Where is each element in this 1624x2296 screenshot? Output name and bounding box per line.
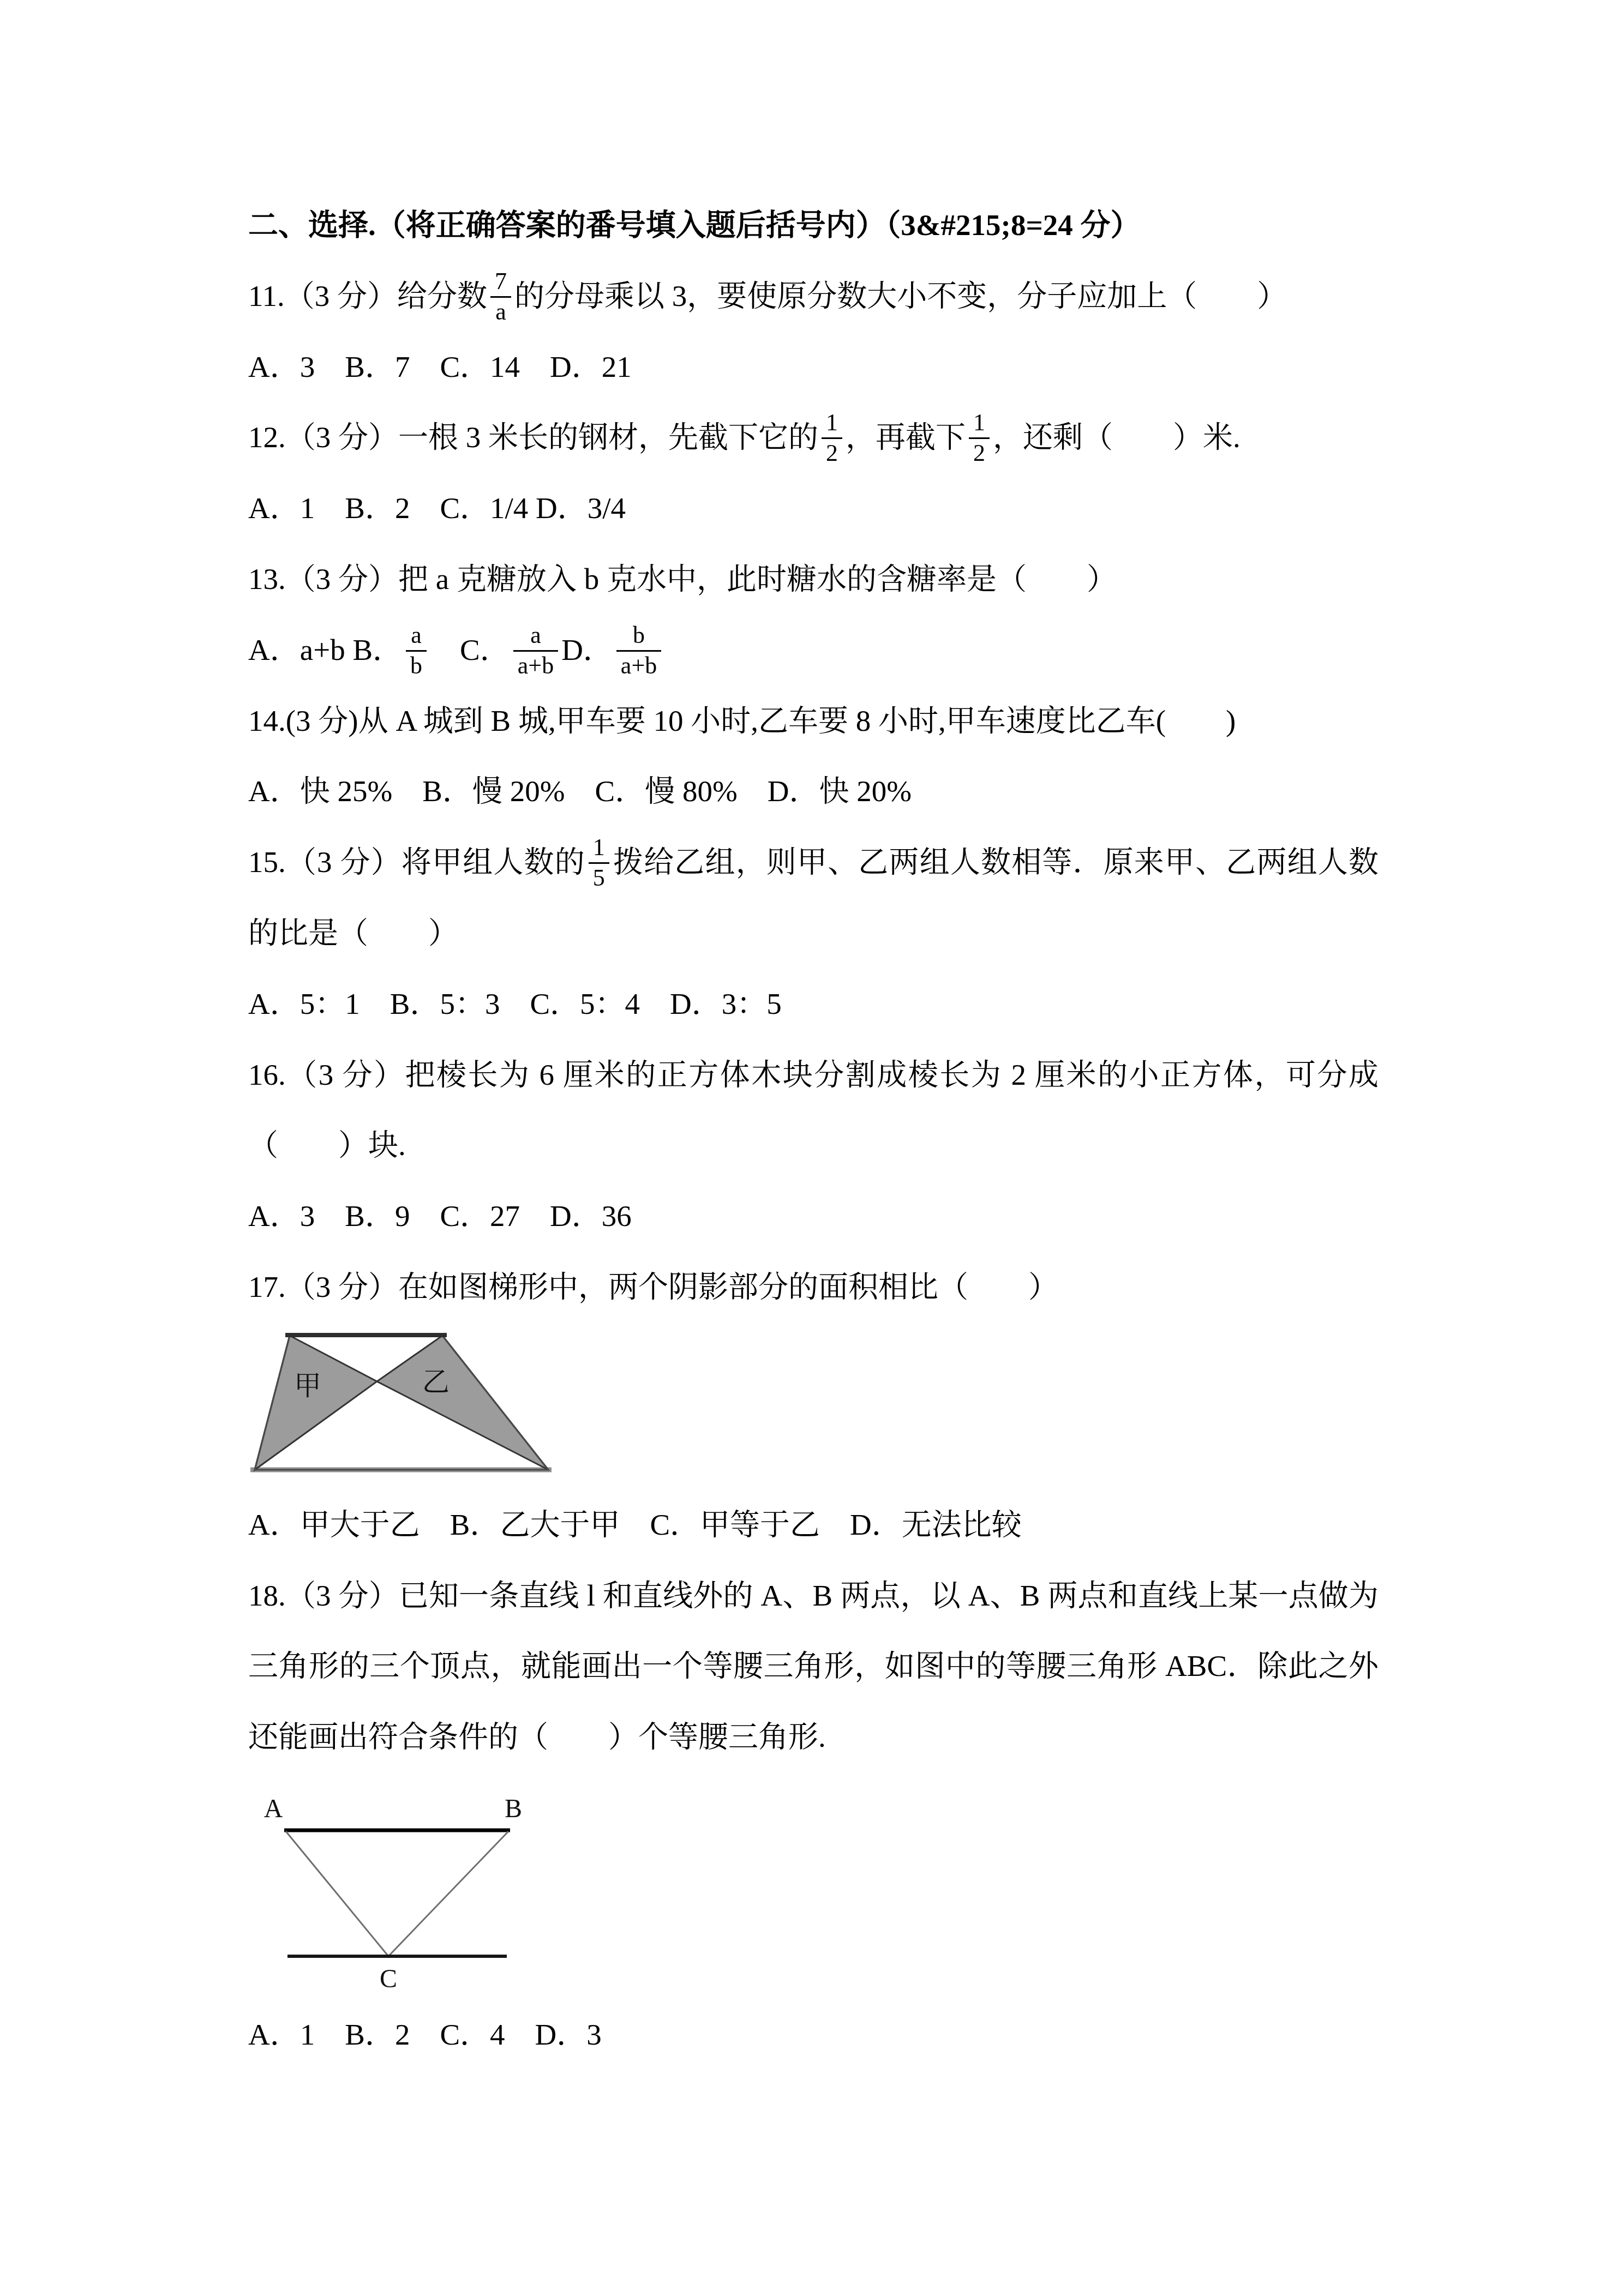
question-13-text: 13.（3 分）把 a 克糖放入 b 克水中，此时糖水的含糖率是（ ）: [248, 544, 1379, 615]
fraction-numerator: a: [406, 621, 427, 650]
fraction: ab: [406, 621, 427, 681]
fraction: 12: [969, 408, 990, 468]
question-17: 17.（3 分）在如图梯形中，两个阴影部分的面积相比（ ） 甲 乙 A．甲大于乙…: [248, 1252, 1379, 1560]
question-18-text: 18.（3 分）已知一条直线 l 和直线外的 A、B 两点，以 A、B 两点和直…: [248, 1560, 1379, 1772]
question-14-text: 14.(3 分)从 A 城到 B 城,甲车要 10 小时,乙车要 8 小时,甲车…: [248, 686, 1379, 756]
exam-page: 二、选择.（将正确答案的番号填入题后括号内）（3&#215;8=24 分） 11…: [0, 0, 1624, 2296]
question-14-options: A．快 25% B．慢 20% C．慢 80% D．快 20%: [248, 756, 1379, 827]
triangle-label-a: A: [264, 1794, 283, 1823]
fraction: 15: [589, 833, 609, 893]
trapezoid-figure: 甲 乙: [250, 1332, 556, 1475]
question-17-options: A．甲大于乙 B．乙大于甲 C．甲等于乙 D．无法比较: [248, 1489, 1379, 1560]
question-17-text: 17.（3 分）在如图梯形中，两个阴影部分的面积相比（ ）: [248, 1252, 1379, 1323]
question-11-text: 11.（3 分）给分数7a的分母乘以 3，要使原分数大小不变，分子应加上（ ）: [248, 261, 1379, 332]
question-12: 12.（3 分）一根 3 米长的钢材，先截下它的12，再截下12，还剩（ ）米.…: [248, 402, 1379, 544]
question-12-text: 12.（3 分）一根 3 米长的钢材，先截下它的12，再截下12，还剩（ ）米.: [248, 402, 1379, 473]
trapezoid-label-yi: 乙: [422, 1367, 450, 1397]
fraction-numerator: 1: [589, 833, 609, 862]
question-11: 11.（3 分）给分数7a的分母乘以 3，要使原分数大小不变，分子应加上（ ） …: [248, 261, 1379, 402]
fraction: ba+b: [616, 621, 661, 681]
fraction: 12: [822, 408, 842, 468]
isosceles-triangle-figure: A B C: [256, 1788, 534, 1995]
question-15-options: A．5：1 B．5：3 C．5：4 D．3：5: [248, 969, 1379, 1039]
fraction: aa+b: [513, 621, 558, 681]
question-11-options: A．3 B．7 C．14 D．21: [248, 332, 1379, 402]
fraction: 7a: [490, 267, 511, 327]
fraction-numerator: a: [513, 621, 558, 650]
question-15: 15.（3 分）将甲组人数的15拨给乙组，则甲、乙两组人数相等．原来甲、乙两组人…: [248, 827, 1379, 1039]
question-12-options: A．1 B．2 C．1/4 D．3/4: [248, 473, 1379, 544]
question-14: 14.(3 分)从 A 城到 B 城,甲车要 10 小时,乙车要 8 小时,甲车…: [248, 686, 1379, 827]
fraction-denominator: 2: [969, 437, 990, 468]
question-16: 16.（3 分）把棱长为 6 厘米的正方体木块分割成棱长为 2 厘米的小正方体，…: [248, 1039, 1379, 1252]
question-16-text: 16.（3 分）把棱长为 6 厘米的正方体木块分割成棱长为 2 厘米的小正方体，…: [248, 1039, 1379, 1181]
fraction-numerator: b: [616, 621, 661, 650]
question-13: 13.（3 分）把 a 克糖放入 b 克水中，此时糖水的含糖率是（ ） A．a+…: [248, 544, 1379, 686]
section-header: 二、选择.（将正确答案的番号填入题后括号内）（3&#215;8=24 分）: [248, 190, 1379, 261]
question-18-options: A．1 B．2 C．4 D．3: [248, 1999, 1379, 2070]
fraction-numerator: 1: [822, 408, 842, 437]
fraction-denominator: a: [490, 296, 511, 327]
question-16-options: A．3 B．9 C．27 D．36: [248, 1181, 1379, 1252]
triangle-label-c: C: [380, 1964, 397, 1993]
fraction-numerator: 7: [490, 267, 511, 296]
fraction-denominator: 2: [822, 437, 842, 468]
fraction-denominator: 5: [589, 862, 609, 893]
side-ac: [286, 1831, 388, 1956]
triangle-label-b: B: [505, 1794, 522, 1823]
question-18: 18.（3 分）已知一条直线 l 和直线外的 A、B 两点，以 A、B 两点和直…: [248, 1560, 1379, 2070]
side-bc: [388, 1831, 508, 1956]
fraction-denominator: a+b: [513, 650, 558, 681]
question-13-options: A．a+b B．ab C．aa+bD．ba+b: [248, 615, 1379, 686]
trapezoid-label-jia: 甲: [294, 1371, 321, 1401]
fraction-denominator: b: [406, 650, 427, 681]
shaded-region-yi: [377, 1336, 548, 1470]
question-15-text: 15.（3 分）将甲组人数的15拨给乙组，则甲、乙两组人数相等．原来甲、乙两组人…: [248, 827, 1379, 969]
fraction-denominator: a+b: [616, 650, 661, 681]
shaded-region-jia: [255, 1336, 377, 1470]
fraction-numerator: 1: [969, 408, 990, 437]
